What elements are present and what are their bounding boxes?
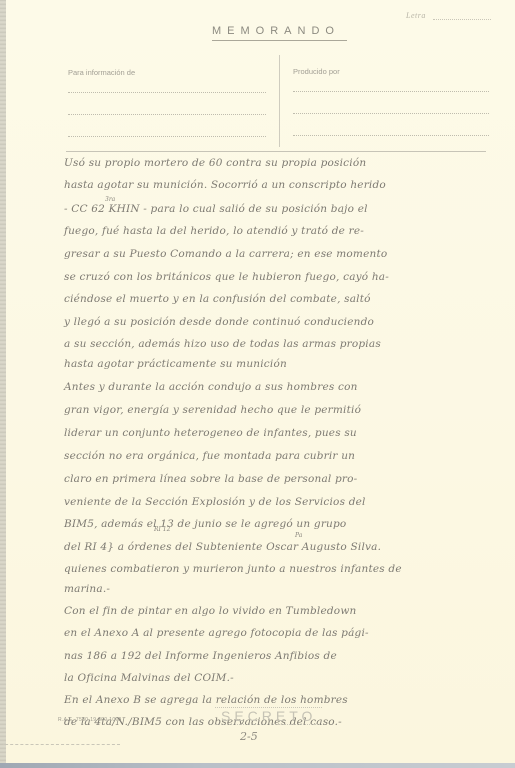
hw-line: ciéndose el muerto y en la confusión del… [64,293,504,305]
hw-superscript: 3ra [105,196,115,203]
hw-line: gran vigor, energía y serenidad hecho qu… [64,404,504,416]
form-column-divider [279,55,280,147]
hw-line: y llegó a su posición desde donde contin… [64,316,504,328]
producido-por-label: Producido por [293,67,340,76]
para-informacion-line-2 [68,114,266,115]
hw-line: en el Anexo A al presente agrego fotocop… [64,627,504,639]
para-informacion-line-1 [68,92,266,93]
hw-superscript: Pa [295,532,302,539]
letra-field-line [433,19,491,20]
producido-por-line-3 [293,135,489,136]
hw-line: nas 186 a 192 del Informe Ingenieros Anf… [64,650,504,662]
scan-edge-left [0,0,6,768]
classification-stamp: SECRETO [215,707,322,725]
hw-line: En el Anexo B se agrega la relación de l… [64,694,504,706]
document-page: Letra MEMORANDO Para información de Prod… [0,0,515,768]
hw-line: quienes combatieron y murieron junto a n… [64,563,504,575]
hw-line: Antes y durante la acción condujo a sus … [64,381,504,393]
hw-line: Con el fin de pintar en algo lo vivido e… [64,605,504,617]
memo-title: MEMORANDO [212,25,340,37]
hw-line: se cruzó con los británicos que le hubie… [64,271,504,283]
memo-title-underline [212,40,347,41]
hw-line: liderar un conjunto heterogeneo de infan… [64,427,504,439]
hw-line: - CC 62 KHIN - para lo cual salió de su … [64,203,504,215]
hw-line: la Oficina Malvinas del COIM.- [64,672,504,684]
print-code: R.A.E. 7530-19 300-1079 [58,717,122,723]
hw-superscript: RI 12 [154,526,170,533]
para-informacion-line-3 [68,136,266,137]
bottom-dashed-line [0,744,120,745]
producido-por-line-2 [293,113,489,114]
letra-label: Letra [406,11,426,20]
hw-line: veniente de la Sección Explosión y de lo… [64,496,504,508]
hw-line: hasta agotar prácticamente su munición [64,358,504,370]
hw-line: sección no era orgánica, fue montada par… [64,450,504,462]
para-informacion-label: Para información de [68,68,135,77]
hw-line: Usó su propio mortero de 60 contra su pr… [64,157,504,169]
hw-line: gresar a su Puesto Comando a la carrera;… [64,248,504,260]
form-header-divider [66,151,486,152]
hw-line: BIM5, además el 13 de junio se le agregó… [64,518,504,530]
hw-line: fuego, fué hasta la del herido, lo atend… [64,225,504,237]
producido-por-line-1 [293,91,489,92]
hw-line: marina.- [64,583,504,595]
page-number: 2-5 [240,730,258,743]
hw-line: hasta agotar su munición. Socorrió a un … [64,179,504,191]
hw-line: del RI 4} a órdenes del Subteniente Osca… [64,541,504,553]
hw-line: a su sección, además hizo uso de todas l… [64,338,504,350]
scan-edge-bottom [0,763,515,768]
hw-line: claro en primera línea sobre la base de … [64,473,504,485]
